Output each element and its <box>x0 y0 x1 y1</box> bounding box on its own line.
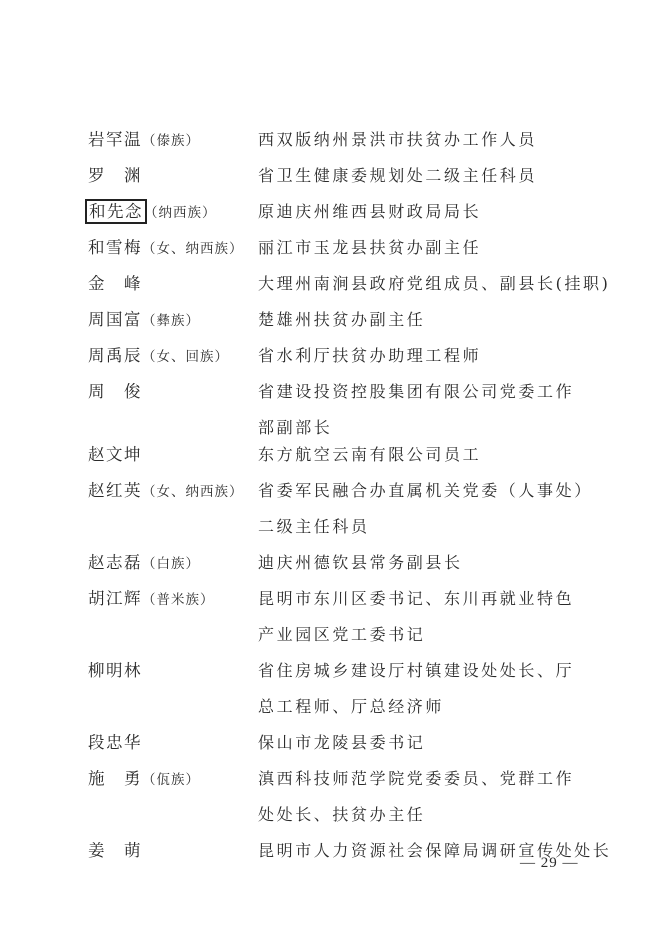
position-line: 大理州南涧县政府党组成员、副县长(挂职) <box>258 266 598 302</box>
position-line: 二级主任科员 <box>258 509 598 545</box>
person-name: 胡江辉 <box>88 589 142 608</box>
person-ethnicity: （女、纳西族） <box>142 241 244 257</box>
person-name-cell: 胡江辉（普米族） <box>88 588 215 611</box>
person-name: 施 勇 <box>88 769 142 788</box>
position-line: 东方航空云南有限公司员工 <box>258 437 598 473</box>
person-ethnicity: （纳西族） <box>144 205 217 221</box>
document-page: 岩罕温（傣族）西双版纳州景洪市扶贫办工作人员罗 渊省卫生健康委规划处二级主任科员… <box>0 0 670 948</box>
person-position: 滇西科技师范学院党委委员、党群工作处处长、扶贫办主任 <box>258 761 598 833</box>
person-name: 段忠华 <box>88 733 142 752</box>
position-line: 省委军民融合办直属机关党委（人事处） <box>258 473 598 509</box>
person-name-cell: 段忠华 <box>88 732 142 754</box>
person-position: 保山市龙陵县委书记 <box>258 725 598 761</box>
position-line: 产业园区党工委书记 <box>258 617 598 653</box>
person-name-cell: 罗 渊 <box>88 165 142 187</box>
person-name: 赵志磊 <box>88 553 142 572</box>
person-position: 大理州南涧县政府党组成员、副县长(挂职) <box>258 266 598 302</box>
person-name-cell: 周 俊 <box>88 381 142 403</box>
person-name: 周 俊 <box>88 382 142 401</box>
person-name-cell: 赵红英（女、纳西族） <box>88 480 244 503</box>
person-name: 赵红英 <box>88 481 142 500</box>
person-name: 岩罕温 <box>88 130 142 149</box>
person-name-cell: 金 峰 <box>88 273 142 295</box>
person-ethnicity: （女、纳西族） <box>142 484 244 500</box>
position-line: 省建设投资控股集团有限公司党委工作 <box>258 374 598 410</box>
person-name-cell: 岩罕温（傣族） <box>88 129 200 152</box>
position-line: 西双版纳州景洪市扶贫办工作人员 <box>258 122 598 158</box>
person-position: 东方航空云南有限公司员工 <box>258 437 598 473</box>
person-position: 西双版纳州景洪市扶贫办工作人员 <box>258 122 598 158</box>
person-name: 赵文坤 <box>88 445 142 464</box>
position-line: 省卫生健康委规划处二级主任科员 <box>258 158 598 194</box>
person-ethnicity: （彝族） <box>142 313 200 329</box>
person-ethnicity: （白族） <box>142 556 200 572</box>
position-line: 总工程师、厅总经济师 <box>258 689 598 725</box>
person-name: 罗 渊 <box>88 166 142 185</box>
person-ethnicity: （女、回族） <box>142 349 229 365</box>
person-name-cell: 和雪梅（女、纳西族） <box>88 237 244 260</box>
person-ethnicity: （傣族） <box>142 133 200 149</box>
person-position: 楚雄州扶贫办副主任 <box>258 302 598 338</box>
person-name-cell: 姜 萌 <box>88 840 142 862</box>
position-line: 昆明市东川区委书记、东川再就业特色 <box>258 581 598 617</box>
person-position: 昆明市东川区委书记、东川再就业特色产业园区党工委书记 <box>258 581 598 653</box>
position-line: 原迪庆州维西县财政局局长 <box>258 194 598 230</box>
person-name-cell: 施 勇（佤族） <box>88 768 200 791</box>
person-position: 省住房城乡建设厅村镇建设处处长、厅总工程师、厅总经济师 <box>258 653 598 725</box>
person-name: 和雪梅 <box>88 238 142 257</box>
person-name: 金 峰 <box>88 274 142 293</box>
position-line: 丽江市玉龙县扶贫办副主任 <box>258 230 598 266</box>
highlighted-person-name: 和先念 <box>88 202 144 221</box>
position-line: 处处长、扶贫办主任 <box>258 797 598 833</box>
position-line: 滇西科技师范学院党委委员、党群工作 <box>258 761 598 797</box>
person-position: 迪庆州德钦县常务副县长 <box>258 545 598 581</box>
person-position: 丽江市玉龙县扶贫办副主任 <box>258 230 598 266</box>
person-name-cell: 和先念（纳西族） <box>88 201 217 224</box>
person-name-cell: 周国富（彝族） <box>88 309 200 332</box>
person-position: 省委军民融合办直属机关党委（人事处）二级主任科员 <box>258 473 598 545</box>
person-name-cell: 柳明林 <box>88 660 142 682</box>
person-name-cell: 赵志磊（白族） <box>88 552 200 575</box>
person-position: 原迪庆州维西县财政局局长 <box>258 194 598 230</box>
person-ethnicity: （普米族） <box>142 592 215 608</box>
person-name: 柳明林 <box>88 661 142 680</box>
position-line: 迪庆州德钦县常务副县长 <box>258 545 598 581</box>
position-line: 保山市龙陵县委书记 <box>258 725 598 761</box>
person-name: 姜 萌 <box>88 841 142 860</box>
position-line: 省住房城乡建设厅村镇建设处处长、厅 <box>258 653 598 689</box>
page-number: — 29 — <box>520 855 579 872</box>
person-position: 省建设投资控股集团有限公司党委工作部副部长 <box>258 374 598 446</box>
person-name-cell: 赵文坤 <box>88 444 142 466</box>
person-ethnicity: （佤族） <box>142 772 200 788</box>
position-line: 楚雄州扶贫办副主任 <box>258 302 598 338</box>
person-position: 省水利厅扶贫办助理工程师 <box>258 338 598 374</box>
person-name: 周国富 <box>88 310 142 329</box>
person-position: 省卫生健康委规划处二级主任科员 <box>258 158 598 194</box>
position-line: 省水利厅扶贫办助理工程师 <box>258 338 598 374</box>
person-name: 周禹辰 <box>88 346 142 365</box>
person-name-cell: 周禹辰（女、回族） <box>88 345 229 368</box>
